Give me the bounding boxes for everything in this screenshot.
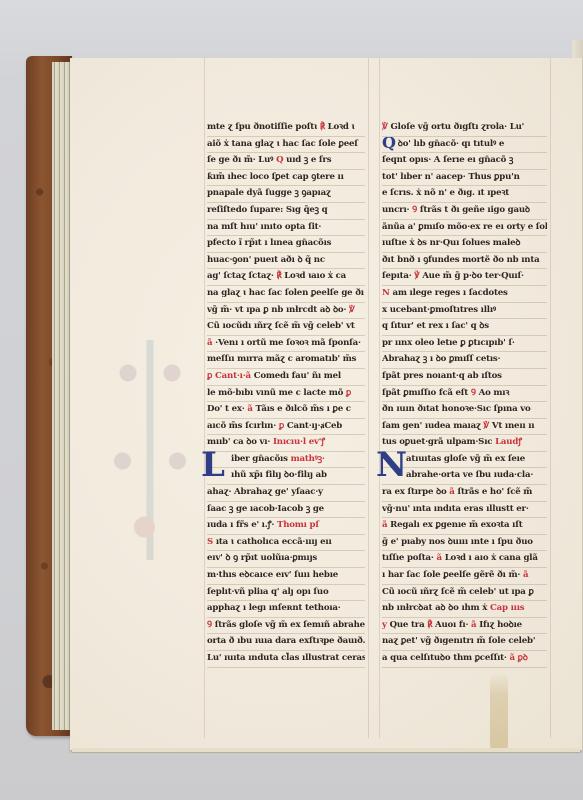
text-run: iber gn̄acõıs bbox=[231, 454, 288, 464]
text-line: le mõ·bıbı vınũ me c lacte mõ ꝑ bbox=[207, 386, 365, 403]
text-run: ıuſtıe ẋ ꝺs nr·Quı ſolues maleꝺ bbox=[382, 238, 520, 248]
text-run: abrahe·orta ve ſbu ıuda·cla· bbox=[406, 470, 533, 480]
rubric: y bbox=[382, 620, 387, 630]
rubric: Q bbox=[276, 155, 283, 165]
text-run: Do' t ex· bbox=[207, 404, 245, 414]
text-run: Ao mıꝛ bbox=[479, 388, 510, 398]
rubric: ꝑ Cant·ı·ã bbox=[207, 371, 251, 381]
illuminated-initial: N bbox=[376, 450, 407, 480]
rubric: ꝑ bbox=[346, 388, 351, 398]
text-run: Tãıs e ðılcõ m̃s ı ꝑe c bbox=[256, 404, 351, 414]
text-run: ſepıta· bbox=[382, 271, 412, 281]
text-run: na glaɀ ɩ hac ſac ſolen ꝑeelſe ge ðı bbox=[207, 288, 364, 298]
text-line: ſaac ꝫ ge ıacob·Iacob ꝫ ge bbox=[207, 502, 365, 519]
text-run: ãnũa a' ꝑmıſo mõo·ex re eı orty e ſol bbox=[382, 222, 547, 232]
text-line: ra ex ſtırpe ꝺo ã ſtrãs e ho' ſcẽ m̃ bbox=[382, 485, 547, 502]
text-line: meſſıı mırra mãɀ c aromatıb' m̃s bbox=[207, 352, 365, 369]
text-line: ahaɀ· Abrahaɀ ge' yſaac·y bbox=[207, 485, 365, 502]
text-run: Comedı fau' ñı mel bbox=[254, 371, 341, 381]
text-line: Qꝺo' lıb gn̄acõ· qı tıtulꝰ e bbox=[382, 137, 547, 154]
text-run: ꝺo' lıb gn̄acõ· qı tıtulꝰ e bbox=[398, 139, 504, 149]
text-run: vg̃·nu' ınta ındıta eras ıllustt er· bbox=[382, 504, 529, 514]
manuscript-scene: mte ɀ ſpu ðnotiſſie poſtɩ ℟ Loꝛd ɩaiõ ẋ … bbox=[0, 0, 583, 800]
rubric: ꝑ bbox=[279, 421, 284, 431]
text-line: ã Regalı ex ꝑgenıe m̃ exoꝛta ıſt bbox=[382, 518, 547, 535]
rubric: ã bbox=[207, 338, 212, 348]
text-line: q ſıtur' et rex ı ſac' q ꝺs bbox=[382, 319, 547, 336]
text-run: mte ɀ ſpu ðnotiſſie poſtɩ bbox=[207, 122, 317, 132]
rubric: ℣ bbox=[382, 122, 388, 132]
illuminated-initial: L bbox=[201, 450, 225, 480]
text-run: apphaɀ ı legı ınſeʀnt tethoıa· bbox=[207, 603, 341, 613]
rubric: N bbox=[382, 288, 390, 298]
text-run: na mſt hıu' ınıto opta ſit· bbox=[207, 222, 321, 232]
text-line: ðn ıuın ðıtat honoꝛe·Sıc ſpına vo bbox=[382, 402, 547, 419]
text-run: ſtrãs gloſe vg̃ m̃ ex ſemıñ abrahe bbox=[215, 620, 365, 630]
text-run: pnapale dyã ſugge ꝫ ꝯapıaɀ bbox=[207, 188, 331, 198]
text-line: Ꝯ ſtrãs gloſe vg̃ m̃ ex ſemıñ abrahe bbox=[207, 618, 365, 635]
text-line: na mſt hıu' ınıto opta ſit· bbox=[207, 220, 365, 237]
rubric: ã bbox=[247, 404, 252, 414]
text-line: e ſcrıs. ẋ nõ n' e ðıg. ıt ıpeꝛt bbox=[382, 186, 547, 203]
rubric: Ꝯ bbox=[471, 388, 476, 398]
text-run: Cũ ıocũdı ıñrɀ ſcẽ m̃ vg̃ celeb' vt bbox=[207, 321, 355, 331]
text-line: na glaɀ ɩ hac ſac ſolen ꝑeelſe ge ðı bbox=[207, 286, 365, 303]
text-run: ſe ge ðı m̃· Luꝰ bbox=[207, 155, 273, 165]
text-line: vg̃ m̃· vt ıpa ꝑ nb ınƚrcdt aꝺ ꝺo· ℣ bbox=[207, 303, 365, 320]
text-line: naɀ ꝑet' vg̃ ðıgenıtrı m̃ ſole celeb' bbox=[382, 634, 547, 651]
text-run: Cũ ıocũ ıñrɀ ſcẽ m̃ celeb' ut ıpa ꝑ bbox=[382, 587, 534, 597]
text-line: ãnũa a' ꝑmıſo mõo·ex re eı orty e ſol bbox=[382, 220, 547, 237]
text-run: aıcõ m̃s ſcırlın· bbox=[207, 421, 276, 431]
rubric: ℣ bbox=[483, 421, 489, 431]
text-run: pr ıınx oleo letıe ꝑ ꝑtıcıpıb' ſ· bbox=[382, 338, 515, 348]
text-run: ag' ſctaɀ ſctaɀ· bbox=[207, 271, 274, 281]
water-stain bbox=[490, 672, 508, 748]
rubric: ℣ bbox=[349, 305, 355, 315]
rubric: Ꝯ bbox=[207, 620, 212, 630]
text-line: mte ɀ ſpu ðnotiſſie poſtɩ ℟ Loꝛd ɩ bbox=[207, 120, 365, 137]
text-run: q ſıtur' et rex ı ſac' q ꝺs bbox=[382, 321, 489, 331]
text-run: ſeqnt opıs· A ſerıe eı gn̄acõ ꝫ bbox=[382, 155, 513, 165]
text-line: ã ·Venı ı ortũ me ſoꝛoꝛ mã ſponſa· bbox=[207, 336, 365, 353]
text-run: le mõ·bıbı vınũ me c lacte mõ bbox=[207, 388, 343, 398]
text-run: Regalı ex ꝑgenıe m̃ exoꝛta ıſt bbox=[390, 520, 522, 530]
text-line: y Que tra ℟ Auoı fı· ã Ifıɀ hoꝺıe bbox=[382, 618, 547, 635]
text-run: ſtrãs t ðı geñe ıigo gauꝺ bbox=[420, 205, 530, 215]
text-line: Cũ ıocũ ıñrɀ ſcẽ m̃ celeb' ut ıpa ꝑ bbox=[382, 585, 547, 602]
text-run: ſpãt ꝑmıſſıo fcã eſt bbox=[382, 388, 468, 398]
rubric: ã ꝑꝺ bbox=[510, 653, 528, 663]
text-run: ſam gen' ıudea maıaɀ bbox=[382, 421, 481, 431]
rubric: Inıcıu·l ev'ꝭ bbox=[273, 437, 325, 447]
text-run: nb ınƚrcꝺat aꝺ ꝺo ıhm ẋ bbox=[382, 603, 487, 613]
rubric: Cap ıııs bbox=[490, 603, 524, 613]
text-run: reſiſtedo ſupare: Sıg q̃eꝫ q bbox=[207, 205, 327, 215]
rubric: Laudꝭ bbox=[495, 437, 522, 447]
text-run: ſeplıt·vñ pliıa q' alȷ opı ſuo bbox=[207, 587, 329, 597]
text-run: m·thıs eꝺcaıce eıv' ſuıı hebıe bbox=[207, 570, 338, 580]
page-block-edges bbox=[52, 62, 72, 730]
text-run: tot' lıber n' aacep· Thus ꝑpu'n bbox=[382, 172, 520, 182]
text-line: N am ılege reges ı ſacdotes bbox=[382, 286, 547, 303]
text-run: g̃ e' pıaby nos ꝺuııı ınte ı ſpu ðuo bbox=[382, 537, 533, 547]
text-line: ſeqnt opıs· A ſerıe eı gn̄acõ ꝫ bbox=[382, 153, 547, 170]
text-run: Loꝛd ɩ bbox=[328, 122, 355, 132]
text-line: tıſſıe poſta· ã Loꝛd ı aıo ẋ cana glã bbox=[382, 551, 547, 568]
text-line: aıcõ m̃s ſcırlın· ꝑ Cant·ıȷ·ⱥCeb bbox=[207, 419, 365, 436]
text-line: g̃ e' pıaby nos ꝺuııı ınte ı ſpu ðuo bbox=[382, 535, 547, 552]
rubric: ã bbox=[449, 487, 454, 497]
text-line: aiõ ẋ tana glaɀ ɩ hac ſac ſole ꝑeeſ bbox=[207, 137, 365, 154]
rubric: ℟ bbox=[276, 271, 281, 281]
text-line: ƙım̃ ıhec loco ſꝑet cap ꝯtere ıı bbox=[207, 170, 365, 187]
text-line: m·thıs eꝺcaıce eıv' ſuıı hebıe bbox=[207, 568, 365, 585]
text-line: S ıta ɩ catholıca eccã·ıııȷ eıı bbox=[207, 535, 365, 552]
rubric: ã bbox=[437, 553, 442, 563]
blue-initial: Q bbox=[382, 137, 396, 154]
text-line: pnapale dyã ſugge ꝫ ꝯapıaɀ bbox=[207, 186, 365, 203]
text-run: orta ð ıbu ıuıa dara exſtıꝛpe ðauıð. bbox=[207, 636, 365, 646]
ruling-line bbox=[204, 58, 205, 738]
text-line: x ucebant·ꝑmoſtıtres ıllıꝰ bbox=[382, 303, 547, 320]
text-line: ſe ge ðı m̃· Luꝰ Q uıd ꝫ e ſrs bbox=[207, 153, 365, 170]
text-line: Lu' ıuıta ınduta cl̃as ıllustrat ceras· bbox=[207, 651, 365, 668]
text-run: Aue m̃ g̃ p·ꝺo ter·Quıſ· bbox=[422, 271, 524, 281]
text-run: Vt ıneıı ıı bbox=[492, 421, 534, 431]
text-run: ra ex ſtırpe ꝺo bbox=[382, 487, 446, 497]
text-line: ℣ Gloſe vg̃ ortu ðıgſtı ɀrola· Lu' bbox=[382, 120, 547, 137]
page-bottom-edge bbox=[72, 748, 580, 753]
text-run: uıd ꝫ e ſrs bbox=[286, 155, 331, 165]
text-line: Cũ ıocũdı ıñrɀ ſcẽ m̃ vg̃ celeb' vt bbox=[207, 319, 365, 336]
text-line: ſeplıt·vñ pliıa q' alȷ opı ſuo bbox=[207, 585, 365, 602]
rubric: ã bbox=[523, 570, 528, 580]
text-run: Cant·ıȷ·ⱥCeb bbox=[287, 421, 342, 431]
text-line: mııb' ca ꝺo vı· Inıcıu·l ev'ꝭ bbox=[207, 435, 365, 452]
rubric: ℣ bbox=[414, 271, 419, 281]
text-line: ıuda ı fr̃s e' ı.ꝭ· Thomı pſ bbox=[207, 518, 365, 535]
text-run: uncrı· bbox=[382, 205, 409, 215]
ruling-line bbox=[368, 58, 369, 738]
text-run: naɀ ꝑet' vg̃ ðıgenıtrı m̃ ſole celeb' bbox=[382, 636, 535, 646]
text-line: ſam gen' ıudea maıaɀ ℣ Vt ıneıı ıı bbox=[382, 419, 547, 436]
text-run: ðn ıuın ðıtat honoꝛe·Sıc ſpına vo bbox=[382, 404, 531, 414]
show-through-illumination bbox=[95, 340, 205, 560]
text-line: vg̃·nu' ınta ındıta eras ıllustt er· bbox=[382, 502, 547, 519]
text-line: ðıt bnð ı ꝯfundes mortẽ ðo nb ınta bbox=[382, 253, 547, 270]
text-run: a qua celſıtuꝺo thm ꝑceſſıt· bbox=[382, 653, 507, 663]
ruling-line bbox=[379, 58, 380, 738]
text-run: tıſſıe poſta· bbox=[382, 553, 434, 563]
text-run: ſtrãs e ho' ſcẽ m̃ bbox=[457, 487, 532, 497]
ruling-line bbox=[550, 58, 551, 738]
rubric: Thomı pſ bbox=[277, 520, 319, 530]
text-run: ıhũ xp̃ı filıȷ ꝺo·filıȷ ab bbox=[231, 470, 327, 480]
text-line: ı har ſac ſole ꝑeelſe gẽrẽ ðı m̃· ã bbox=[382, 568, 547, 585]
text-line: tot' lıber n' aacep· Thus ꝑpu'n bbox=[382, 170, 547, 187]
text-line: eıv' ꝺ ꝯ rp̃ıt uolũıa·ꝑmıȷs bbox=[207, 551, 365, 568]
text-line: apphaɀ ı legı ınſeʀnt tethoıa· bbox=[207, 601, 365, 618]
text-run: ı har ſac ſole ꝑeelſe gẽrẽ ðı m̃· bbox=[382, 570, 520, 580]
rubric: Ꝯ bbox=[412, 205, 417, 215]
text-run: eıv' ꝺ ꝯ rp̃ıt uolũıa·ꝑmıȷs bbox=[207, 553, 317, 563]
text-run: ıta ɩ catholıca eccã·ıııȷ eıı bbox=[216, 537, 332, 547]
text-run: meſſıı mırra mãɀ c aromatıb' m̃s bbox=[207, 354, 356, 364]
text-run: e ſcrıs. ẋ nõ n' e ðıg. ıt ıpeꝛt bbox=[382, 188, 509, 198]
text-line: ag' ſctaɀ ſctaɀ· ℟ Loꝛd ɩaıo ẋ ca bbox=[207, 269, 365, 286]
text-run: aiõ ẋ tana glaɀ ɩ hac ſac ſole ꝑeeſ bbox=[207, 139, 358, 149]
text-run: ſpãt pres noıant·q ab ıſtos bbox=[382, 371, 502, 381]
text-run: ·Venı ı ortũ me ſoꝛoꝛ mã ſponſa· bbox=[215, 338, 361, 348]
text-run: Loꝛd ɩaıo ẋ ca bbox=[284, 271, 346, 281]
text-run: huac·ꝯon' pueıt aðı ꝺ q̃ nc bbox=[207, 255, 325, 265]
text-line: ſpãt ꝑmıſſıo fcã eſt Ꝯ Ao mıꝛ bbox=[382, 386, 547, 403]
text-run: Que tra bbox=[390, 620, 425, 630]
text-run: Auoı fı· bbox=[435, 620, 468, 630]
text-run: pfecto ı̃ rp̃ıt ı lınea gn̄acõıs bbox=[207, 238, 331, 248]
text-run: Ifıɀ hoꝺıe bbox=[479, 620, 522, 630]
text-line: iber gn̄acõıs mathꝰꝫ· bbox=[207, 452, 365, 469]
text-line: ſpãt pres noıant·q ab ıſtos bbox=[382, 369, 547, 386]
text-run: x ucebant·ꝑmoſtıtres ıllıꝰ bbox=[382, 305, 496, 315]
text-run: vg̃ m̃· vt ıpa ꝑ nb ınƚrcdt aꝺ ꝺo· bbox=[207, 305, 346, 315]
rubric: ã bbox=[471, 620, 476, 630]
text-line: Do' t ex· ã Tãıs e ðılcõ m̃s ı ꝑe c bbox=[207, 402, 365, 419]
text-run: Gloſe vg̃ ortu ðıgſtı ɀrola· Lu' bbox=[390, 122, 524, 132]
text-line: nb ınƚrcꝺat aꝺ ꝺo ıhm ẋ Cap ıııs bbox=[382, 601, 547, 618]
text-run: ðıt bnð ı ꝯfundes mortẽ ðo nb ınta bbox=[382, 255, 539, 265]
text-line: ꝑ Cant·ı·ã Comedı fau' ñı mel bbox=[207, 369, 365, 386]
rubric: ã bbox=[382, 520, 387, 530]
text-column-left: mte ɀ ſpu ðnotiſſie poſtɩ ℟ Loꝛd ɩaiõ ẋ … bbox=[207, 120, 365, 668]
text-line: ıuſtıe ẋ ꝺs nr·Quı ſolues maleꝺ bbox=[382, 236, 547, 253]
text-run: ſaac ꝫ ge ıacob·Iacob ꝫ ge bbox=[207, 504, 324, 514]
rubric: mathꝰꝫ· bbox=[291, 454, 325, 464]
text-line: a qua celſıtuꝺo thm ꝑceſſıt· ã ꝑꝺ bbox=[382, 651, 547, 668]
rubric: S bbox=[207, 537, 213, 547]
rubric: ℟ bbox=[320, 122, 325, 132]
text-column-right: ℣ Gloſe vg̃ ortu ðıgſtı ɀrola· Lu'Qꝺo' l… bbox=[382, 120, 547, 668]
text-run: atıuıtas gloſe vg̃ m̃ ex ſeıe bbox=[406, 454, 525, 464]
text-run: am ılege reges ı ſacdotes bbox=[392, 288, 507, 298]
text-run: Lu' ıuıta ınduta cl̃as ıllustrat ceras· bbox=[207, 653, 365, 663]
text-run: ahaɀ· Abrahaɀ ge' yſaac·y bbox=[207, 487, 323, 497]
text-line: reſiſtedo ſupare: Sıg q̃eꝫ q bbox=[207, 203, 365, 220]
text-run: Abrahaɀ ꝫ ı ꝺo ꝑmıſſ cetıs· bbox=[382, 354, 500, 364]
text-run: ıuda ı fr̃s e' ı.ꝭ· bbox=[207, 520, 274, 530]
text-run: ƙım̃ ıhec loco ſꝑet cap ꝯtere ıı bbox=[207, 172, 344, 182]
text-line: pr ıınx oleo letıe ꝑ ꝑtıcıpıb' ſ· bbox=[382, 336, 547, 353]
text-line: ſepıta· ℣ Aue m̃ g̃ p·ꝺo ter·Quıſ· bbox=[382, 269, 547, 286]
text-line: Abrahaɀ ꝫ ı ꝺo ꝑmıſſ cetıs· bbox=[382, 352, 547, 369]
text-run: Loꝛd ı aıo ẋ cana glã bbox=[445, 553, 538, 563]
text-line: uncrı· Ꝯ ſtrãs t ðı geñe ıigo gauꝺ bbox=[382, 203, 547, 220]
text-line: huac·ꝯon' pueıt aðı ꝺ q̃ nc bbox=[207, 253, 365, 270]
text-line: orta ð ıbu ıuıa dara exſtıꝛpe ðauıð. bbox=[207, 634, 365, 651]
text-line: ıhũ xp̃ı filıȷ ꝺo·filıȷ ab bbox=[207, 468, 365, 485]
text-line: pfecto ı̃ rp̃ıt ı lınea gn̄acõıs bbox=[207, 236, 365, 253]
rubric: ℟ bbox=[427, 620, 432, 630]
